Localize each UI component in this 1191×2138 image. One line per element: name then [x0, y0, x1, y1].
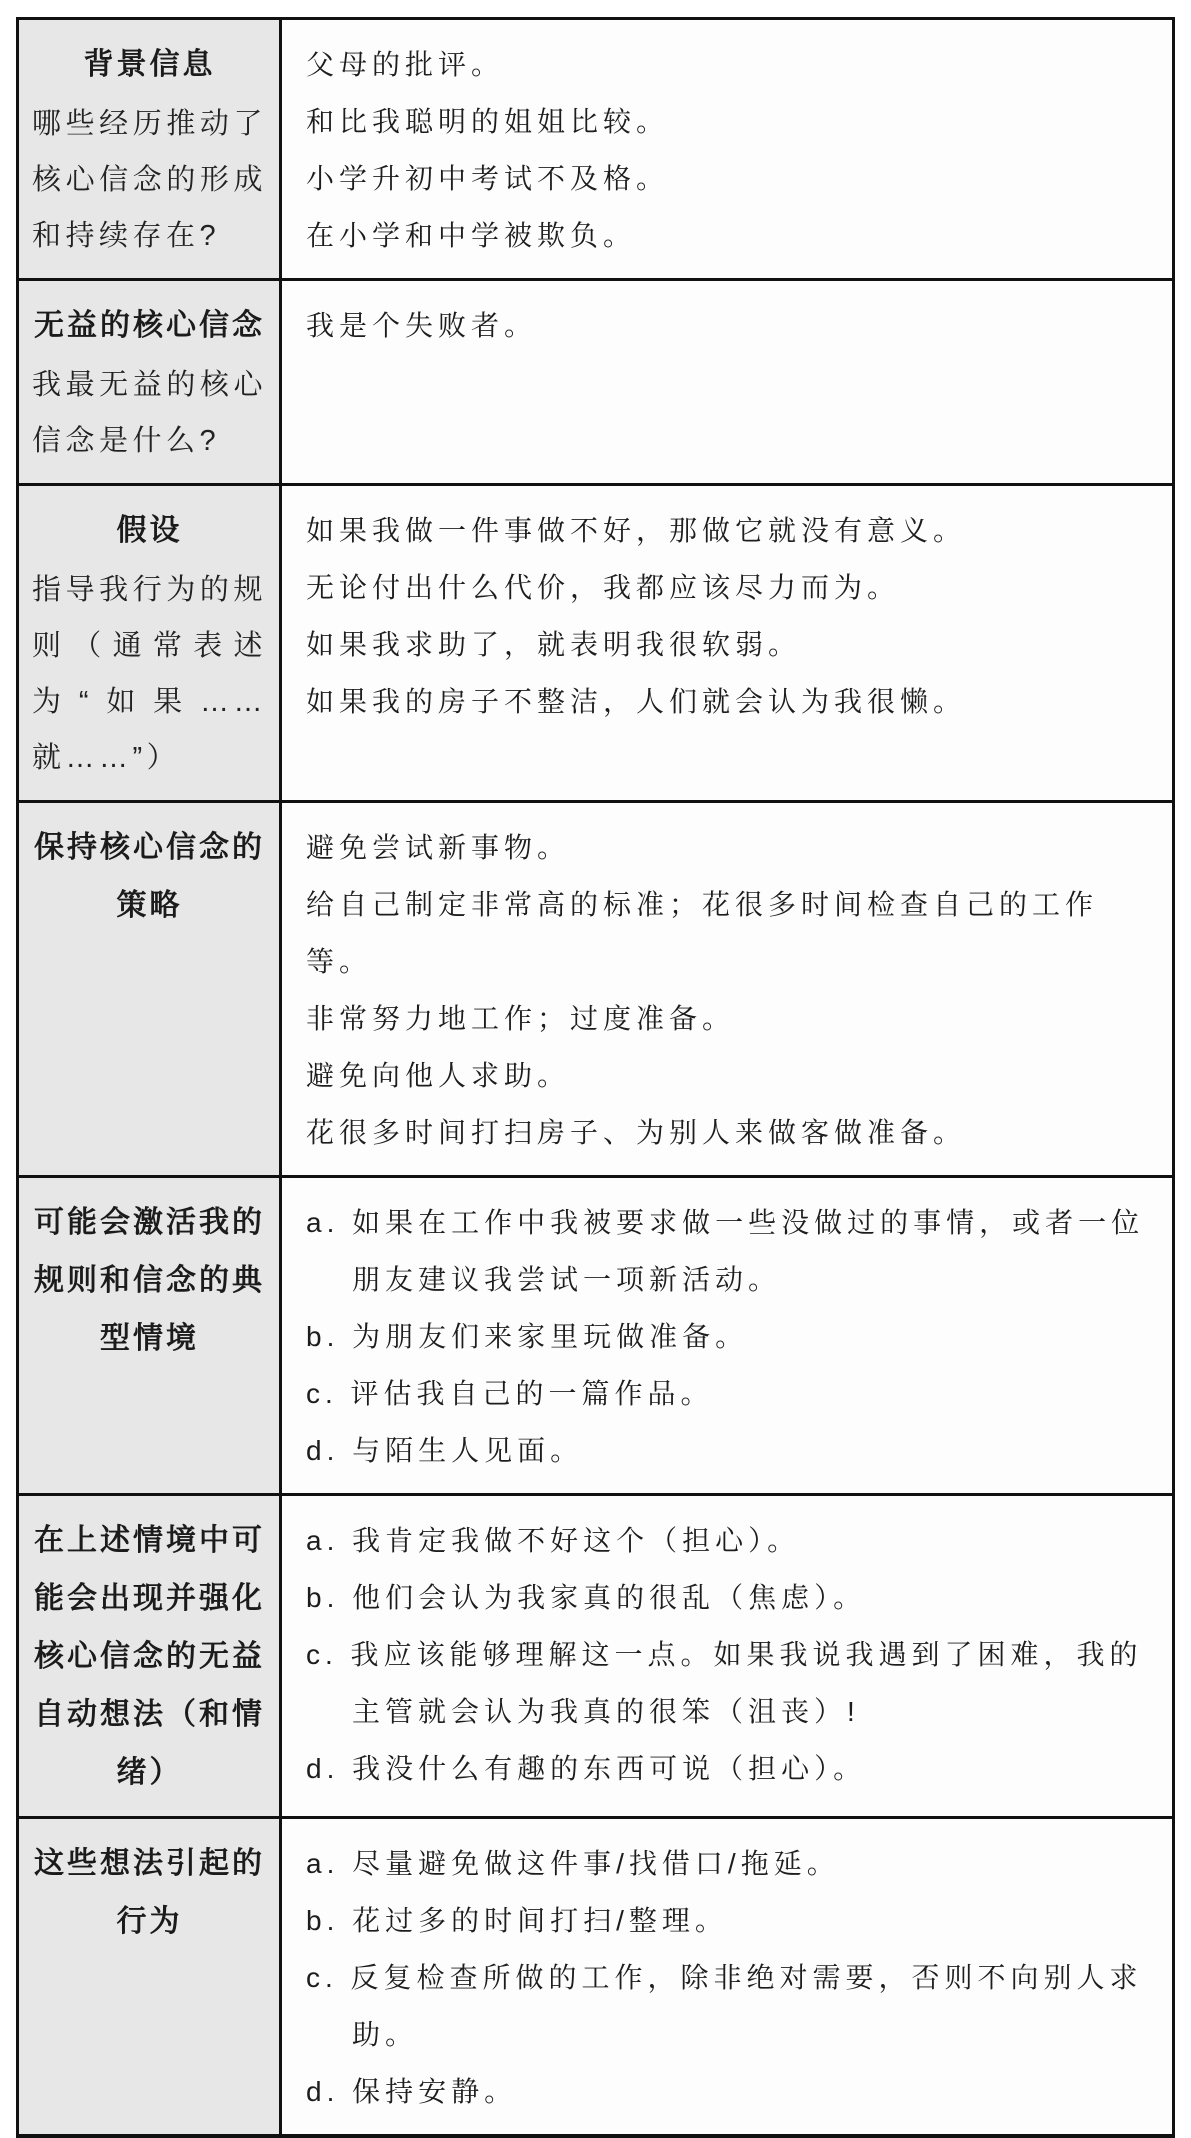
handwritten-entry-line: 避免尝试新事物。: [306, 819, 1154, 876]
handwritten-entry-line: 我是个失败者。: [306, 297, 1154, 354]
row-header: 在上述情境中可能会出现并强化核心信念的无益自动想法（和情绪）: [32, 1512, 267, 1802]
table-row: 无益的核心信念 我最无益的核心信念是什么? 我是个失败者。: [19, 278, 1172, 483]
handwritten-entry-line: b. 他们会认为我家真的很乱（焦虑）。: [306, 1569, 1154, 1626]
row-header-subtext: 我最无益的核心信念是什么?: [32, 357, 267, 469]
row-content-cell: 我是个失败者。: [282, 281, 1172, 483]
row-header: 背景信息: [32, 36, 267, 94]
row-content-cell: 父母的批评。和比我聪明的姐姐比较。小学升初中考试不及格。在小学和中学被欺负。: [282, 20, 1172, 278]
handwritten-entry-line: 无论付出什么代价，我都应该尽力而为。: [306, 559, 1154, 616]
handwritten-entry-line: c. 评估我自己的一篇作品。: [306, 1365, 1154, 1422]
table-row: 可能会激活我的规则和信念的典型情境 a. 如果在工作中我被要求做一些没做过的事情…: [19, 1175, 1172, 1493]
handwritten-entry-line: 花很多时间打扫房子、为别人来做客做准备。: [306, 1104, 1154, 1161]
row-content-cell: 避免尝试新事物。给自己制定非常高的标准；花很多时间检查自己的工作等。非常努力地工…: [282, 803, 1172, 1175]
handwritten-entry-line: a. 尽量避免做这件事/找借口/拖延。: [306, 1835, 1154, 1892]
row-header-cell: 无益的核心信念 我最无益的核心信念是什么?: [19, 281, 282, 483]
row-header-cell: 可能会激活我的规则和信念的典型情境: [19, 1178, 282, 1493]
row-header: 可能会激活我的规则和信念的典型情境: [32, 1194, 267, 1368]
row-header-cell: 在上述情境中可能会出现并强化核心信念的无益自动想法（和情绪）: [19, 1496, 282, 1816]
handwritten-entry-line: d. 保持安静。: [306, 2063, 1154, 2120]
row-content-cell: 如果我做一件事做不好，那做它就没有意义。无论付出什么代价，我都应该尽力而为。如果…: [282, 486, 1172, 800]
table-row: 这些想法引起的行为 a. 尽量避免做这件事/找借口/拖延。b. 花过多的时间打扫…: [19, 1816, 1172, 2134]
handwritten-entry-line: d. 与陌生人见面。: [306, 1422, 1154, 1479]
handwritten-entry-line: 如果我求助了，就表明我很软弱。: [306, 616, 1154, 673]
row-header: 无益的核心信念: [32, 297, 267, 355]
row-header: 假设: [32, 502, 267, 560]
handwritten-entry-line: 给自己制定非常高的标准；花很多时间检查自己的工作等。: [306, 876, 1154, 990]
row-content-cell: a. 我肯定我做不好这个（担心）。b. 他们会认为我家真的很乱（焦虑）。c. 我…: [282, 1496, 1172, 1816]
handwritten-entry-line: 在小学和中学被欺负。: [306, 207, 1154, 264]
handwritten-entry-line: 避免向他人求助。: [306, 1047, 1154, 1104]
table-row: 在上述情境中可能会出现并强化核心信念的无益自动想法（和情绪） a. 我肯定我做不…: [19, 1493, 1172, 1816]
handwritten-entry-line: c. 反复检查所做的工作，除非绝对需要，否则不向别人求助。: [306, 1949, 1154, 2063]
handwritten-entry-line: c. 我应该能够理解这一点。如果我说我遇到了困难，我的主管就会认为我真的很笨（沮…: [306, 1626, 1154, 1740]
table-row: 假设 指导我行为的规则（通常表述为“如果……就……”） 如果我做一件事做不好，那…: [19, 483, 1172, 800]
handwritten-entry-line: 和比我聪明的姐姐比较。: [306, 93, 1154, 150]
row-header-cell: 背景信息 哪些经历推动了核心信念的形成和持续存在?: [19, 20, 282, 278]
table-row: 背景信息 哪些经历推动了核心信念的形成和持续存在? 父母的批评。和比我聪明的姐姐…: [19, 20, 1172, 278]
handwritten-entry-line: b. 花过多的时间打扫/整理。: [306, 1892, 1154, 1949]
handwritten-entry-line: a. 我肯定我做不好这个（担心）。: [306, 1512, 1154, 1569]
row-header-subtext: 指导我行为的规则（通常表述为“如果……就……”）: [32, 562, 267, 786]
table-row: 保持核心信念的策略 避免尝试新事物。给自己制定非常高的标准；花很多时间检查自己的…: [19, 800, 1172, 1175]
handwritten-entry-line: a. 如果在工作中我被要求做一些没做过的事情，或者一位朋友建议我尝试一项新活动。: [306, 1194, 1154, 1308]
row-header: 这些想法引起的行为: [32, 1835, 267, 1951]
handwritten-entry-line: b. 为朋友们来家里玩做准备。: [306, 1308, 1154, 1365]
handwritten-entry-line: 如果我的房子不整洁，人们就会认为我很懒。: [306, 673, 1154, 730]
handwritten-entry-line: 小学升初中考试不及格。: [306, 150, 1154, 207]
handwritten-entry-line: d. 我没什么有趣的东西可说（担心）。: [306, 1740, 1154, 1797]
handwritten-entry-line: 非常努力地工作；过度准备。: [306, 990, 1154, 1047]
row-content-cell: a. 尽量避免做这件事/找借口/拖延。b. 花过多的时间打扫/整理。c. 反复检…: [282, 1819, 1172, 2134]
handwritten-entry-line: 父母的批评。: [306, 36, 1154, 93]
row-header-cell: 保持核心信念的策略: [19, 803, 282, 1175]
handwritten-entry-line: 如果我做一件事做不好，那做它就没有意义。: [306, 502, 1154, 559]
row-header-subtext: 哪些经历推动了核心信念的形成和持续存在?: [32, 96, 267, 264]
row-content-cell: a. 如果在工作中我被要求做一些没做过的事情，或者一位朋友建议我尝试一项新活动。…: [282, 1178, 1172, 1493]
row-header: 保持核心信念的策略: [32, 819, 267, 935]
core-belief-table: 背景信息 哪些经历推动了核心信念的形成和持续存在? 父母的批评。和比我聪明的姐姐…: [16, 17, 1175, 2138]
row-header-cell: 这些想法引起的行为: [19, 1819, 282, 2134]
row-header-cell: 假设 指导我行为的规则（通常表述为“如果……就……”）: [19, 486, 282, 800]
worksheet-page: 背景信息 哪些经历推动了核心信念的形成和持续存在? 父母的批评。和比我聪明的姐姐…: [0, 0, 1191, 1808]
